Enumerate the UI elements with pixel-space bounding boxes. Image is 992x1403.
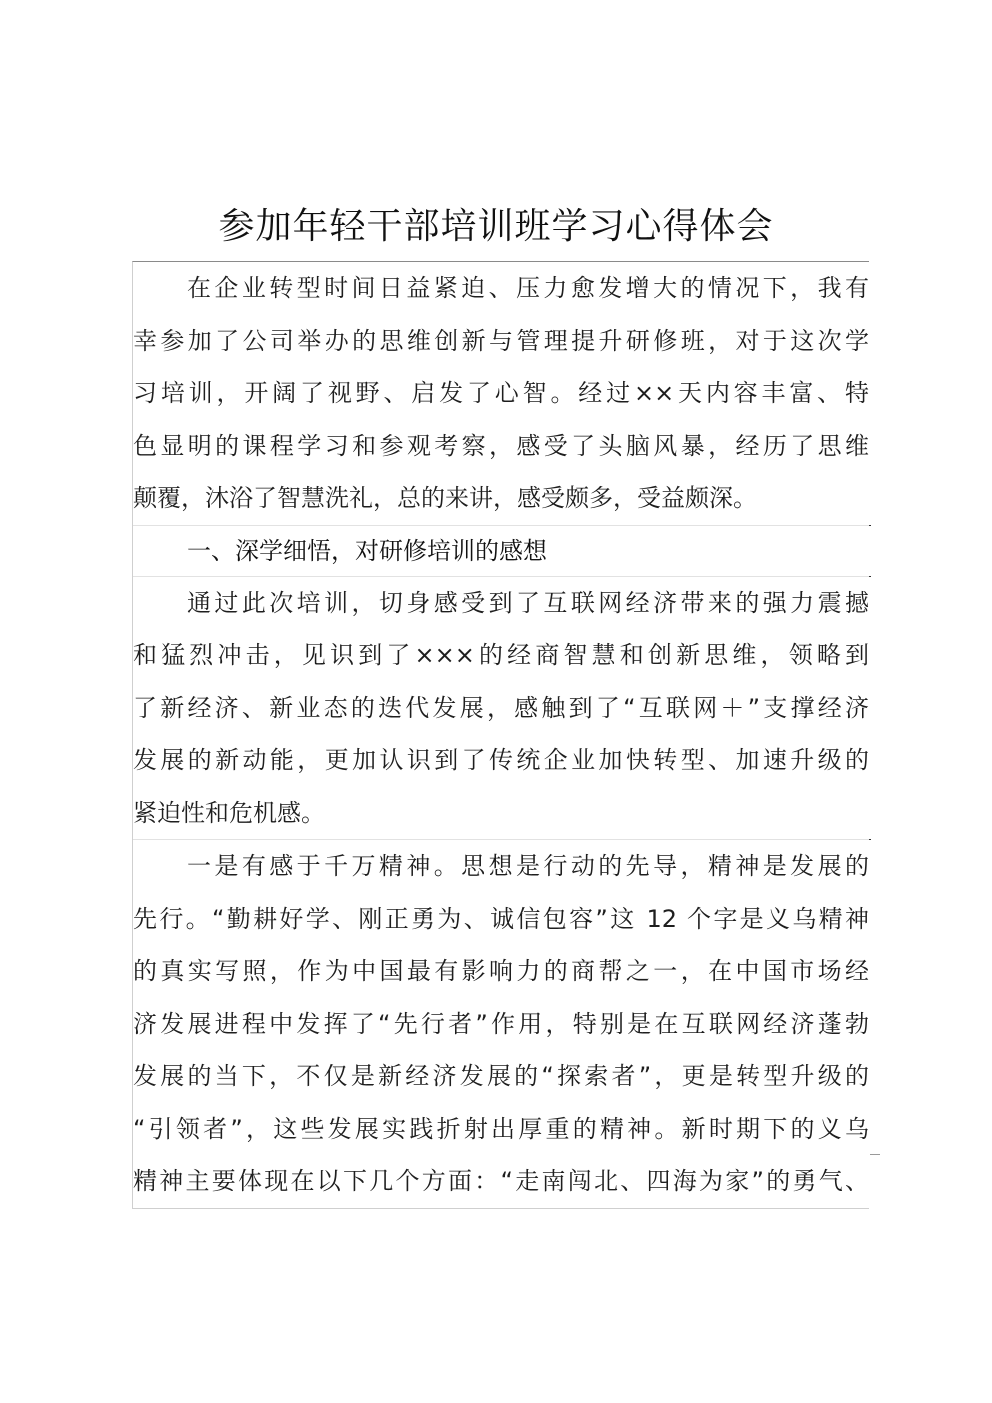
document-title: 参加年轻干部培训班学习心得体会	[0, 202, 992, 252]
text-line: 发展的新动能，更加认识到了传统企业加快转型、加速升级的	[133, 734, 869, 787]
text-line: 幸参加了公司举办的思维创新与管理提升研修班，对于这次学	[133, 315, 869, 368]
text-line: 在企业转型时间日益紧迫、压力愈发增大的情况下，我有	[133, 262, 869, 315]
section-heading: 一、深学细悟，对研修培训的感想	[133, 526, 869, 576]
text-line: 和猛烈冲击，见识到了×××的经商智慧和创新思维，领略到	[133, 629, 869, 682]
text-line: 了新经济、新业态的迭代发展，感触到了“互联网＋”支撑经济	[133, 682, 869, 735]
text-line: “引领者”，这些发展实践折射出厚重的精神。新时期下的义乌	[133, 1103, 869, 1156]
text-line: 色显明的课程学习和参观考察，感受了头脑风暴，经历了思维	[133, 420, 869, 473]
margin-mark	[870, 1154, 880, 1155]
paragraph-intro: 在企业转型时间日益紧迫、压力愈发增大的情况下，我有 幸参加了公司举办的思维创新与…	[133, 262, 869, 526]
text-line: 通过此次培训，切身感受到了互联网经济带来的强力震撼	[133, 577, 869, 630]
document-page: 参加年轻干部培训班学习心得体会 在企业转型时间日益紧迫、压力愈发增大的情况下，我…	[0, 0, 992, 1403]
text-line: 一是有感于千万精神。思想是行动的先导，精神是发展的	[133, 840, 869, 893]
text-line: 精神主要体现在以下几个方面：“走南闯北、四海为家”的勇气、	[133, 1155, 869, 1208]
margin-mark	[869, 525, 871, 526]
text-line: 习培训，开阔了视野、启发了心智。经过××天内容丰富、特	[133, 367, 869, 420]
text-line: 紧迫性和危机感。	[133, 787, 869, 840]
text-line: 颠覆，沐浴了智慧洗礼，总的来讲，感受颇多，受益颇深。	[133, 472, 869, 525]
paragraph-spirit: 一是有感于千万精神。思想是行动的先导，精神是发展的 先行。“勤耕好学、刚正勇为、…	[133, 840, 869, 1209]
margin-mark	[869, 839, 871, 840]
margin-mark	[869, 576, 871, 577]
text-line: 济发展进程中发挥了“先行者”作用，特别是在互联网经济蓬勃	[133, 998, 869, 1051]
text-line: 先行。“勤耕好学、刚正勇为、诚信包容”这 12 个字是义乌精神	[133, 893, 869, 946]
paragraph-impressions: 通过此次培训，切身感受到了互联网经济带来的强力震撼 和猛烈冲击，见识到了×××的…	[133, 577, 869, 841]
text-line: 的真实写照，作为中国最有影响力的商帮之一，在中国市场经	[133, 945, 869, 998]
document-body: 在企业转型时间日益紧迫、压力愈发增大的情况下，我有 幸参加了公司举办的思维创新与…	[132, 261, 869, 1209]
text-line: 发展的当下，不仅是新经济发展的“探索者”，更是转型升级的	[133, 1050, 869, 1103]
section-heading-1: 一、深学细悟，对研修培训的感想	[133, 526, 869, 577]
